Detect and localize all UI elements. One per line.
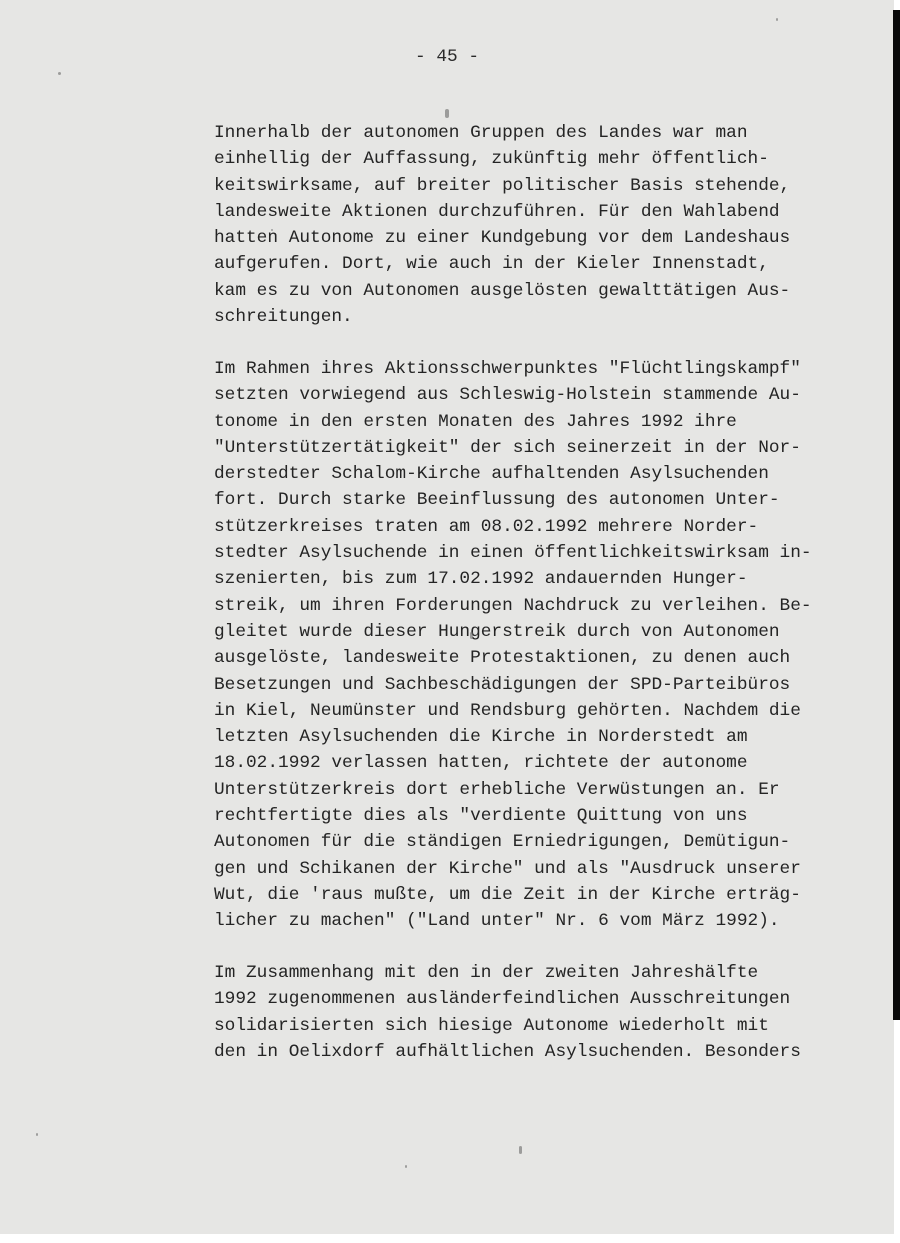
text-line: gen und Schikanen der Kirche" und als "A… (214, 856, 834, 882)
scan-speck (470, 632, 473, 639)
text-line: Im Rahmen ihres Aktionsschwerpunktes "Fl… (214, 356, 834, 382)
text-line: 1992 zugenommenen ausländerfeindlichen A… (214, 986, 834, 1012)
text-line: Unterstützerkreis dort erhebliche Verwüs… (214, 777, 834, 803)
text-line: in Kiel, Neumünster und Rendsburg gehört… (214, 698, 834, 724)
text-line: rechtfertigte dies als "verdiente Quittu… (214, 803, 834, 829)
text-line: keitswirksame, auf breiter politischer B… (214, 173, 834, 199)
text-line: stedter Asylsuchende in einen öffentlich… (214, 540, 834, 566)
text-line: licher zu machen" ("Land unter" Nr. 6 vo… (214, 908, 834, 934)
page-number: - 45 - (0, 47, 894, 67)
scan-speck (405, 1165, 407, 1168)
text-line: letzten Asylsuchenden die Kirche in Nord… (214, 724, 834, 750)
text-line: szenierten, bis zum 17.02.1992 andauernd… (214, 566, 834, 592)
text-line: Besetzungen und Sachbeschädigungen der S… (214, 672, 834, 698)
text-line: hatten Autonome zu einer Kundgebung vor … (214, 225, 834, 251)
text-line: gleitet wurde dieser Hungerstreik durch … (214, 619, 834, 645)
paragraph-3: Im Zusammenhang mit den in der zweiten J… (214, 960, 834, 1065)
text-line: stützerkreises traten am 08.02.1992 mehr… (214, 514, 834, 540)
paragraph-2: Im Rahmen ihres Aktionsschwerpunktes "Fl… (214, 356, 834, 935)
scan-speck (519, 1146, 522, 1154)
text-line: einhellig der Auffassung, zukünftig mehr… (214, 146, 834, 172)
scan-speck (776, 18, 778, 21)
scan-speck (58, 72, 61, 75)
scanned-page: - 45 - Innerhalb der autonomen Gruppen d… (0, 0, 894, 1234)
text-line: Innerhalb der autonomen Gruppen des Land… (214, 120, 834, 146)
text-line: setzten vorwiegend aus Schleswig-Holstei… (214, 382, 834, 408)
paragraph-1: Innerhalb der autonomen Gruppen des Land… (214, 120, 834, 330)
text-line: fort. Durch starke Beeinflussung des aut… (214, 487, 834, 513)
text-line: den in Oelixdorf aufhältlichen Asylsuche… (214, 1039, 834, 1065)
text-line: landesweite Aktionen durchzuführen. Für … (214, 199, 834, 225)
text-line: ausgelöste, landesweite Protestaktionen,… (214, 645, 834, 671)
text-line: Wut, die 'raus mußte, um die Zeit in der… (214, 882, 834, 908)
text-line: streik, um ihren Forderungen Nachdruck z… (214, 593, 834, 619)
scan-speck (271, 229, 273, 231)
scan-speck (36, 1133, 38, 1136)
text-line: Im Zusammenhang mit den in der zweiten J… (214, 960, 834, 986)
text-line: solidarisierten sich hiesige Autonome wi… (214, 1013, 834, 1039)
text-line: tonome in den ersten Monaten des Jahres … (214, 409, 834, 435)
text-line: "Unterstützertätigkeit" der sich seinerz… (214, 435, 834, 461)
text-line: 18.02.1992 verlassen hatten, richtete de… (214, 750, 834, 776)
scan-edge-border (893, 10, 900, 1020)
text-line: schreitungen. (214, 304, 834, 330)
text-line: aufgerufen. Dort, wie auch in der Kieler… (214, 251, 834, 277)
text-line: Autonomen für die ständigen Erniedrigung… (214, 829, 834, 855)
text-line: kam es zu von Autonomen ausgelösten gewa… (214, 278, 834, 304)
scan-speck (445, 109, 449, 118)
text-line: derstedter Schalom-Kirche aufhaltenden A… (214, 461, 834, 487)
